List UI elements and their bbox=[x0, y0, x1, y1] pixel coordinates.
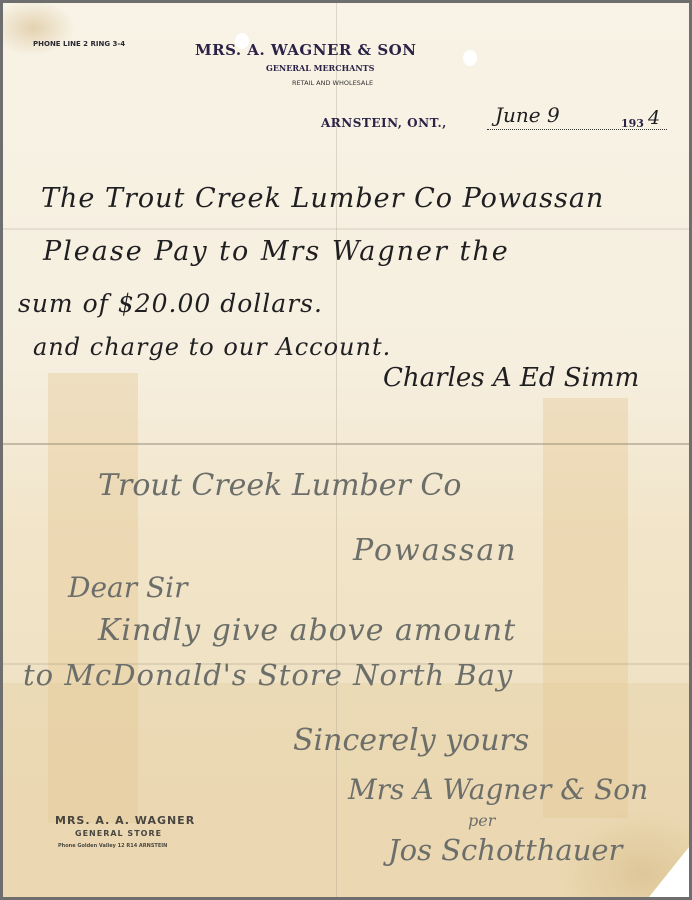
company-name: MRS. A. WAGNER & SON bbox=[195, 41, 416, 59]
company-tagline: RETAIL AND WHOLESALE bbox=[292, 79, 373, 87]
body-line-2: to McDonald's Store North Bay bbox=[23, 658, 513, 692]
stamp-line-2: GENERAL STORE bbox=[75, 829, 162, 838]
place-line: ARNSTEIN, ONT., bbox=[321, 116, 447, 130]
addressee: Trout Creek Lumber Co bbox=[98, 468, 461, 503]
salutation: Dear Sir bbox=[68, 571, 188, 604]
signer-name: Jos Schotthauer bbox=[388, 833, 622, 867]
phone-line: PHONE LINE 2 RING 3-4 bbox=[33, 40, 125, 48]
company-subtitle: GENERAL MERCHANTS bbox=[266, 63, 374, 73]
per-label: per bbox=[468, 811, 495, 830]
body-line-1: Kindly give above amount bbox=[98, 613, 516, 648]
fold-line bbox=[336, 3, 337, 897]
stamp-line-1: MRS. A. A. WAGNER bbox=[55, 814, 195, 827]
fold-line bbox=[3, 443, 689, 445]
lower-signature: Mrs A Wagner & Son bbox=[348, 773, 648, 806]
note-signature: Charles A Ed Simm bbox=[383, 363, 639, 393]
note-line-2: Please Pay to Mrs Wagner the bbox=[43, 236, 510, 267]
note-line-1: The Trout Creek Lumber Co Powassan bbox=[41, 183, 604, 214]
note-line-4: and charge to our Account. bbox=[33, 333, 391, 361]
letter-page: PHONE LINE 2 RING 3-4 MRS. A. WAGNER & S… bbox=[3, 3, 689, 897]
year-handwritten: 4 bbox=[648, 107, 660, 129]
closing: Sincerely yours bbox=[293, 723, 529, 758]
fold-line bbox=[3, 228, 689, 230]
year-printed: 193 bbox=[621, 117, 644, 130]
town: Powassan bbox=[353, 533, 518, 568]
punch-hole bbox=[463, 50, 477, 66]
note-line-3: sum of $20.00 dollars. bbox=[18, 289, 323, 318]
torn-corner bbox=[649, 847, 689, 897]
stamp-line-3: Phone Golden Valley 12 R14 ARNSTEIN bbox=[58, 843, 167, 849]
date-handwritten: June 9 bbox=[495, 103, 560, 127]
